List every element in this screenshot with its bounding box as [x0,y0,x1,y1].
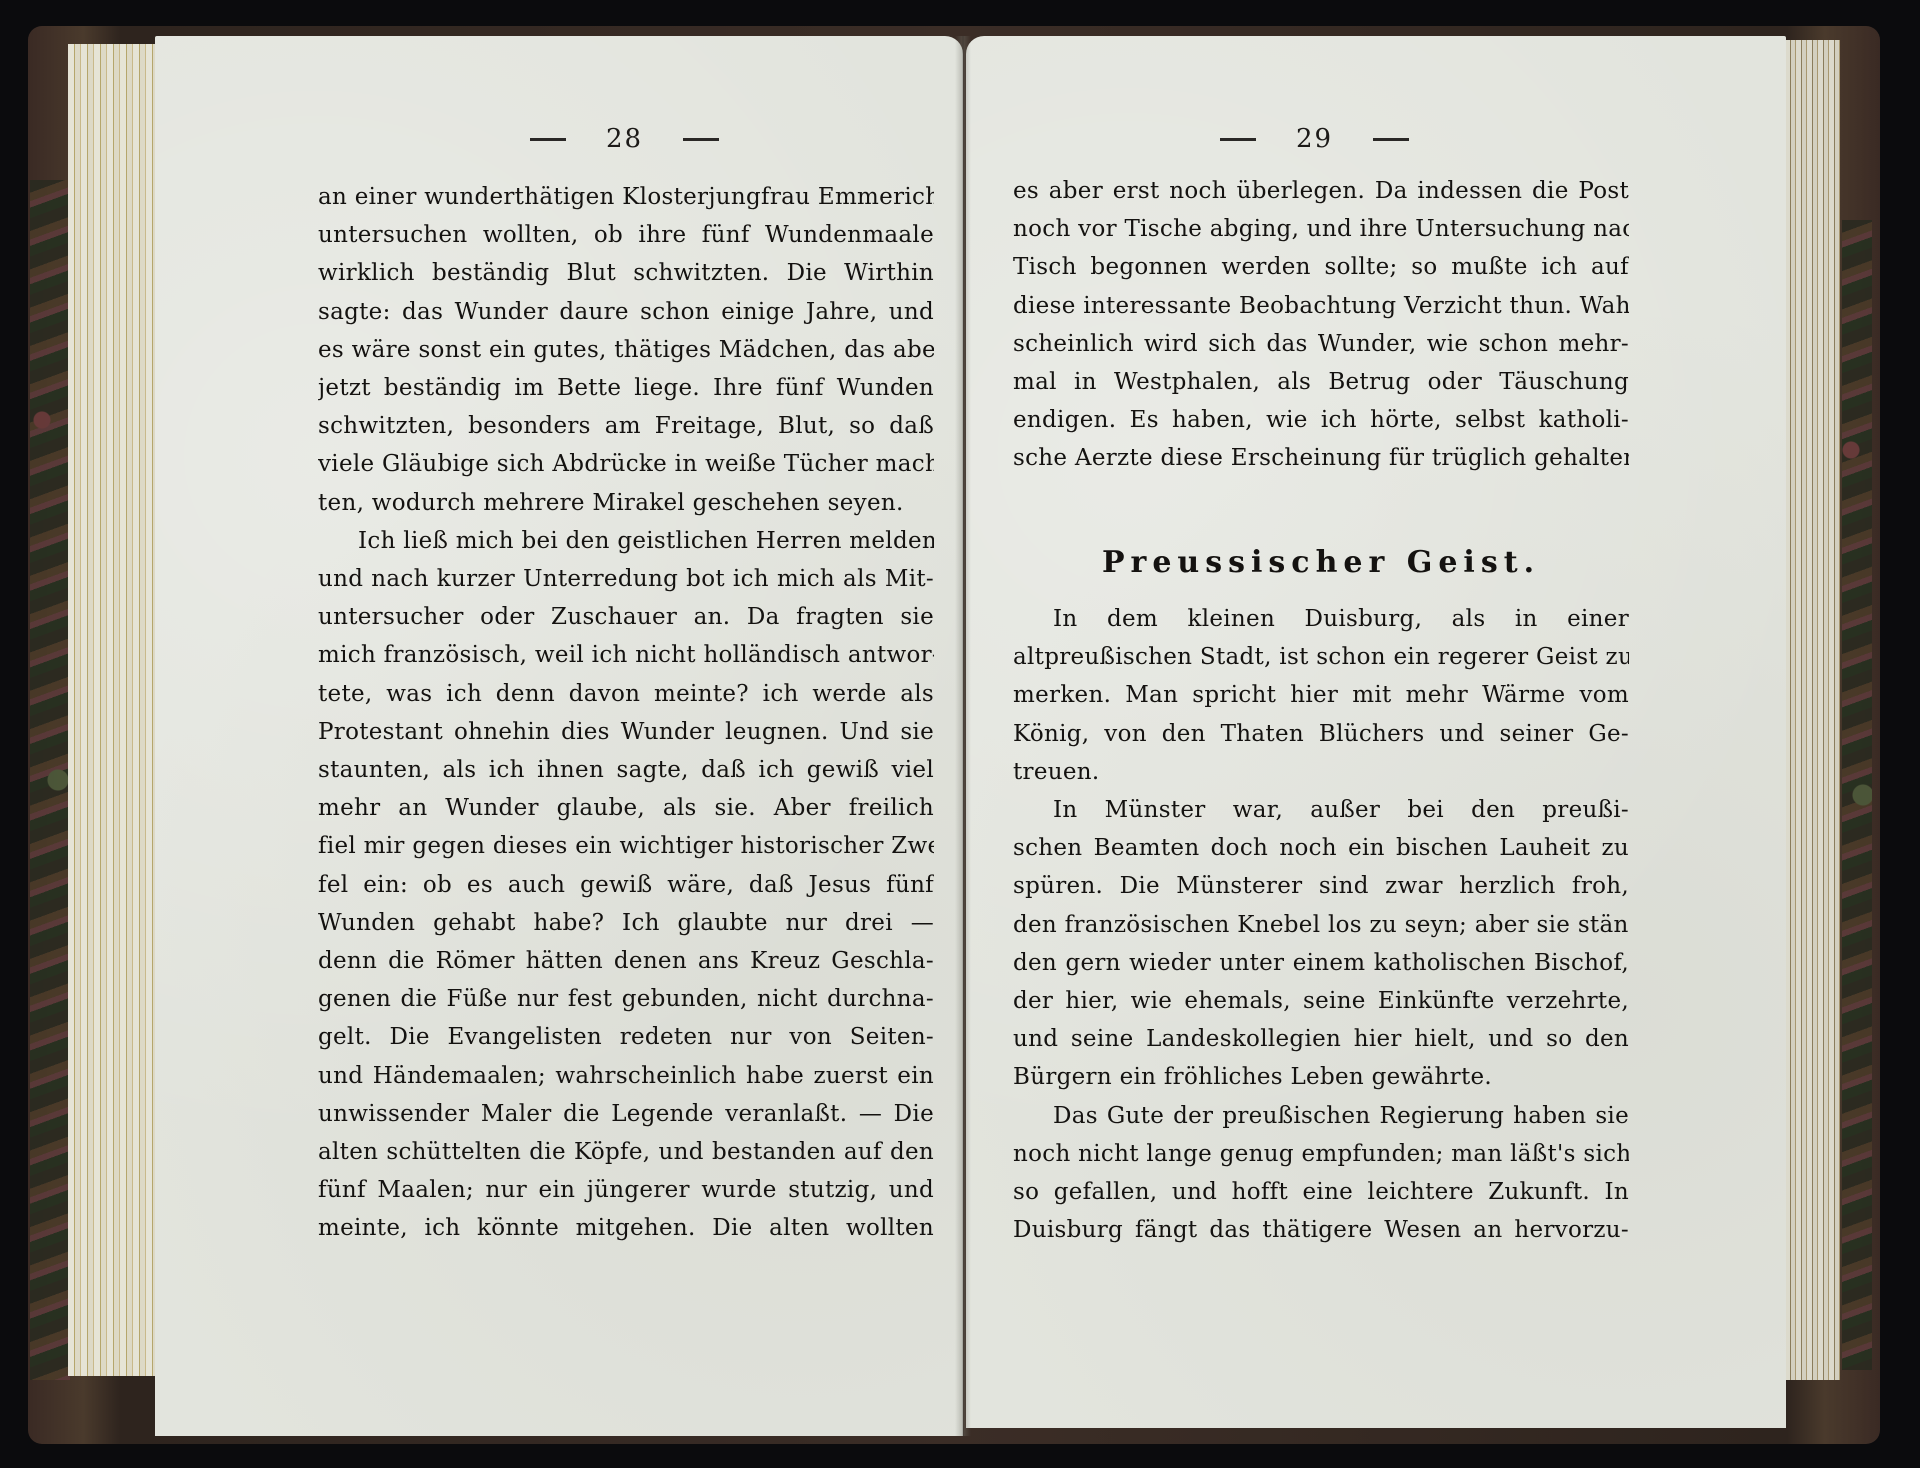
text-line: meinte, ich könnte mitgehen. Die alten w… [318,1209,934,1247]
folio-dash [1220,138,1256,141]
text-line: den gern wieder unter einem katholischen… [1013,944,1629,982]
text-line: Das Gute der preußischen Regierung haben… [1013,1097,1629,1135]
text-line: Wunden gehabt habe? Ich glaubte nur drei… [318,904,934,942]
text-line: noch vor Tische abging, und ihre Untersu… [1013,210,1629,248]
text-line: endigen. Es haben, wie ich hörte, selbst… [1013,401,1629,439]
text-line: gelt. Die Evangelisten redeten nur von S… [318,1018,934,1056]
marbled-board-left [30,180,70,1380]
page-number-left: 28 [530,124,719,154]
marbled-board-right [1842,220,1872,1370]
text-line: tete, was ich denn davon meinte? ich wer… [318,675,934,713]
text-line: noch nicht lange genug empfunden; man lä… [1013,1135,1629,1173]
text-line: schen Beamten doch noch ein bischen Lauh… [1013,829,1629,867]
page-number-text: 28 [606,124,643,154]
text-line: an einer wunderthätigen Klosterjungfrau … [318,178,934,216]
text-line: sche Aerzte diese Erscheinung für trügli… [1013,439,1629,477]
folio-dash [683,138,719,141]
text-line: Protestant ohnehin dies Wunder leugnen. … [318,713,934,751]
text-line: fünf Maalen; nur ein jüngerer wurde stut… [318,1171,934,1209]
text-line: schwitzten, besonders am Freitage, Blut,… [318,407,934,445]
section-heading: Preussischer Geist. [1013,545,1629,580]
text-line: fel ein: ob es auch gewiß wäre, daß Jesu… [318,866,934,904]
text-line: denn die Römer hätten denen ans Kreuz Ge… [318,942,934,980]
page-edges-right [1785,40,1840,1380]
text-line: und nach kurzer Unterredung bot ich mich… [318,560,934,598]
text-line: Ich ließ mich bei den geistlichen Herren… [318,522,934,560]
text-line: der hier, wie ehemals, seine Einkünfte v… [1013,982,1629,1020]
page-edges-left [68,44,158,1376]
text-line: und Händemaalen; wahrscheinlich habe zue… [318,1057,934,1095]
text-line: viele Gläubige sich Abdrücke in weiße Tü… [318,445,934,483]
text-line: In Münster war, außer bei den preußi- [1013,791,1629,829]
text-line: diese interessante Beobachtung Verzicht … [1013,287,1629,325]
text-line: altpreußischen Stadt, ist schon ein rege… [1013,638,1629,676]
text-line: mich französisch, weil ich nicht holländ… [318,636,934,674]
text-line: den französischen Knebel los zu seyn; ab… [1013,906,1629,944]
text-line: unwissender Maler die Legende veranlaßt.… [318,1095,934,1133]
text-line: ten, wodurch mehrere Mirakel geschehen s… [318,484,934,522]
text-line: jetzt beständig im Bette liege. Ihre fün… [318,369,934,407]
text-line: fiel mir gegen dieses ein wichtiger hist… [318,827,934,865]
text-line: In dem kleinen Duisburg, als in einer [1013,600,1629,638]
page-number-text: 29 [1296,124,1333,154]
right-page-text-bottom: In dem kleinen Duisburg, als in einer al… [1013,600,1629,1249]
text-line: spüren. Die Münsterer sind zwar herzlich… [1013,867,1629,905]
left-page-text: an einer wunderthätigen Klosterjungfrau … [318,178,934,1248]
text-line: mal in Westphalen, als Betrug oder Täusc… [1013,363,1629,401]
text-line: König, von den Thaten Blüchers und seine… [1013,715,1629,753]
folio-dash [530,138,566,141]
text-line: es aber erst noch überlegen. Da indessen… [1013,172,1629,210]
text-line: Bürgern ein fröhliches Leben gewährte. [1013,1058,1629,1096]
text-line: treuen. [1013,753,1629,791]
text-line: mehr an Wunder glaube, als sie. Aber fre… [318,789,934,827]
text-line: wirklich beständig Blut schwitzten. Die … [318,254,934,292]
text-line: so gefallen, und hofft eine leichtere Zu… [1013,1173,1629,1211]
text-line: sagte: das Wunder daure schon einige Jah… [318,293,934,331]
right-page-text-top: es aber erst noch überlegen. Da indessen… [1013,172,1629,478]
text-line: genen die Füße nur fest gebunden, nicht … [318,980,934,1018]
text-line: merken. Man spricht hier mit mehr Wärme … [1013,676,1629,714]
text-line: Tisch begonnen werden sollte; so mußte i… [1013,248,1629,286]
text-line: untersuchen wollten, ob ihre fünf Wunden… [318,216,934,254]
text-line: es wäre sonst ein gutes, thätiges Mädche… [318,331,934,369]
text-line: scheinlich wird sich das Wunder, wie sch… [1013,325,1629,363]
text-line: alten schüttelten die Köpfe, und bestand… [318,1133,934,1171]
text-line: staunten, als ich ihnen sagte, daß ich g… [318,751,934,789]
text-line: Duisburg fängt das thätigere Wesen an he… [1013,1211,1629,1249]
text-line: und seine Landeskollegien hier hielt, un… [1013,1020,1629,1058]
text-line: untersucher oder Zuschauer an. Da fragte… [318,598,934,636]
folio-dash [1373,138,1409,141]
page-number-right: 29 [1220,124,1409,154]
book-gutter [955,36,971,1436]
